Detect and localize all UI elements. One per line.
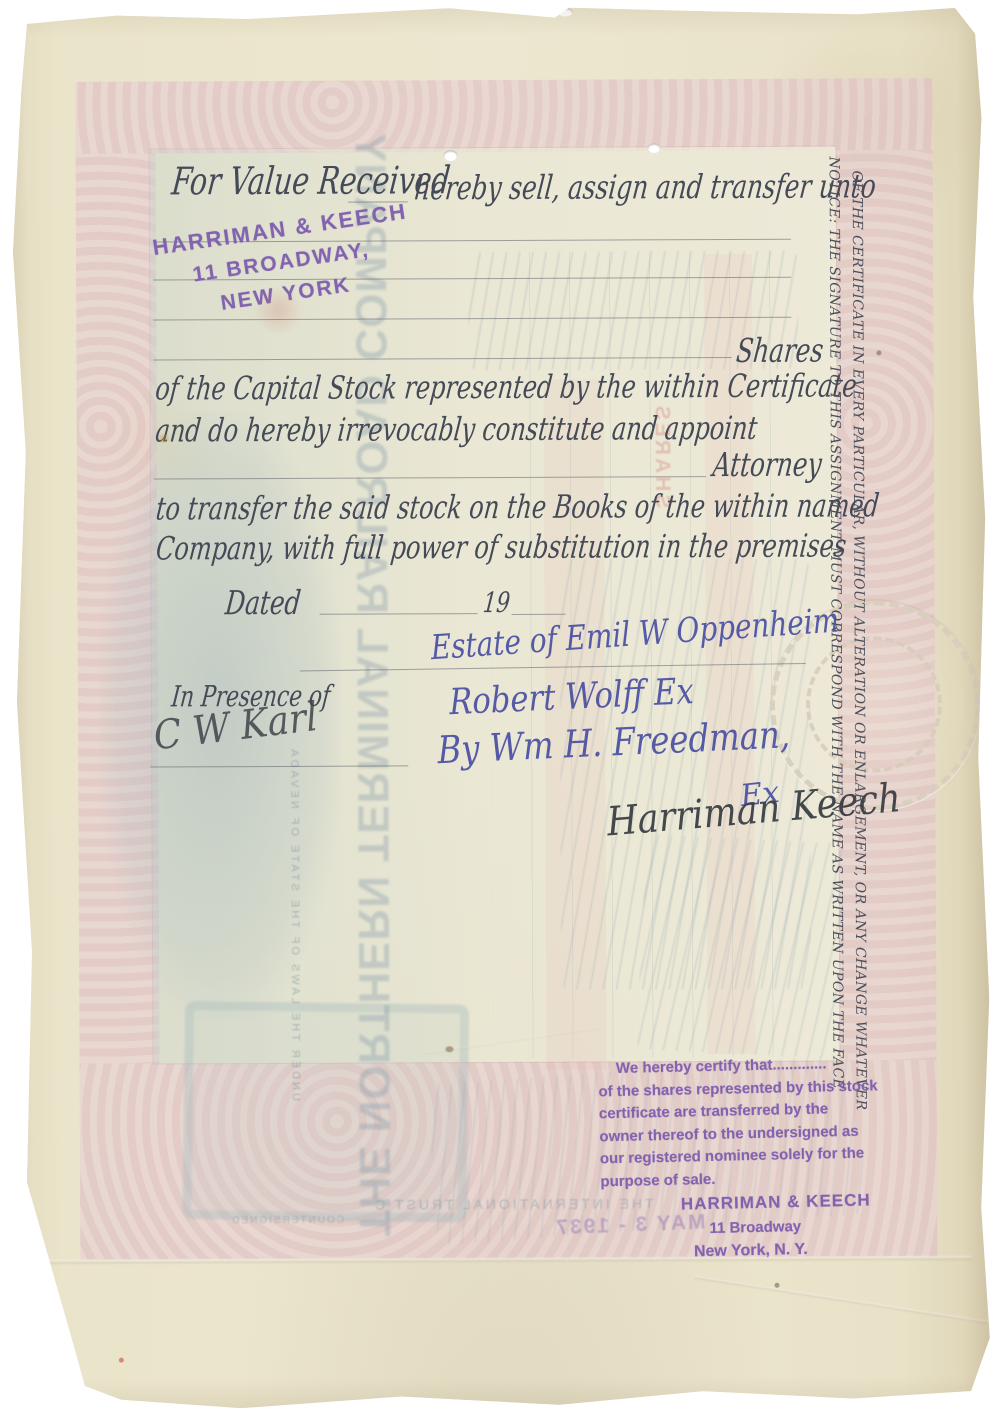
certificate-back-paper: THE NORTHERN TERMINAL RAILROAD COMPANY U… bbox=[0, 0, 1000, 1420]
paper-edge-shading bbox=[0, 0, 1000, 1420]
